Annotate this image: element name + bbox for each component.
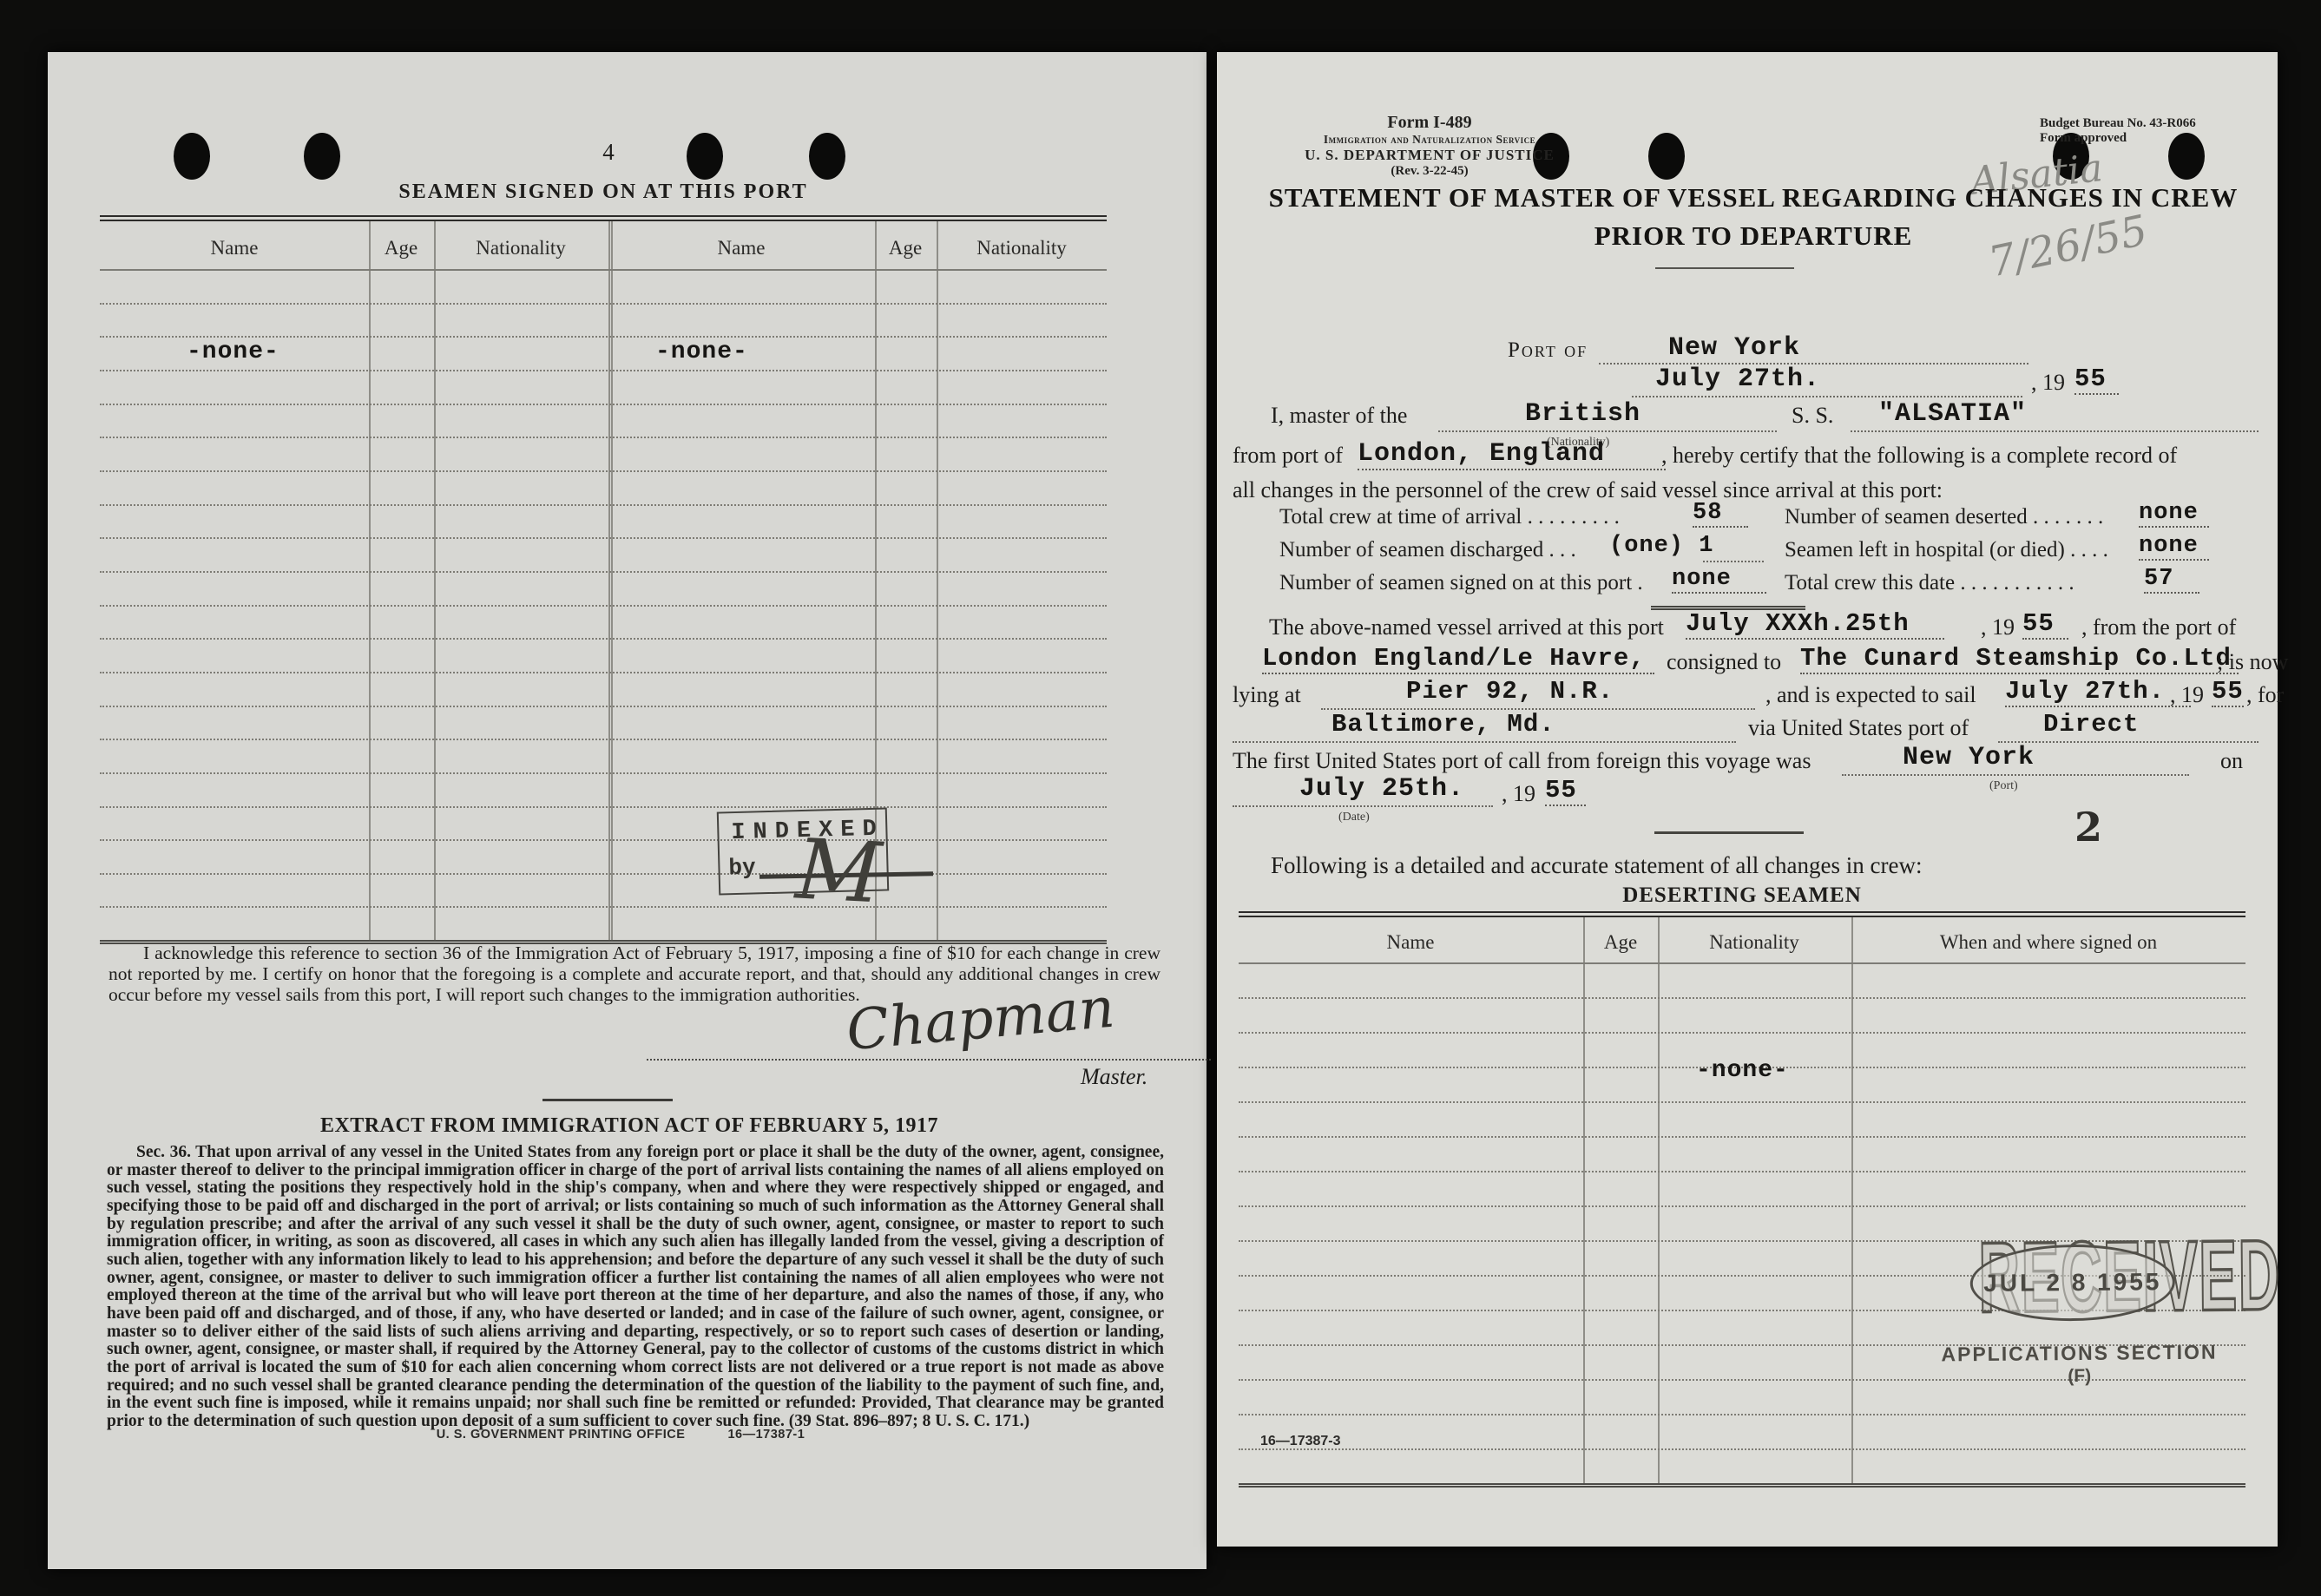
punch-hole bbox=[1648, 133, 1685, 180]
stat-label: Number of seamen deserted . . . . . . . bbox=[1785, 505, 2103, 529]
table-row bbox=[100, 673, 1107, 707]
stat-value: 57 bbox=[2144, 566, 2199, 594]
expected-sail-label: , and is expected to sail bbox=[1765, 682, 1976, 708]
date-year-value: 55 bbox=[2074, 365, 2119, 395]
table-row bbox=[100, 607, 1107, 640]
table-row bbox=[1239, 1450, 2245, 1483]
punch-hole bbox=[174, 133, 210, 180]
arrival-year-value: 55 bbox=[2022, 609, 2068, 640]
column-header-nationality: Nationality bbox=[1709, 931, 1798, 954]
table-row bbox=[100, 271, 1107, 305]
punch-hole bbox=[809, 133, 845, 180]
date-sublabel: (Date) bbox=[1338, 811, 1370, 824]
gpo-office-label: U. S. GOVERNMENT PRINTING OFFICE bbox=[437, 1428, 686, 1442]
seamen-signed-heading: SEAMEN SIGNED ON AT THIS PORT bbox=[100, 181, 1107, 204]
table-row bbox=[100, 707, 1107, 741]
page-number: 4 bbox=[591, 139, 626, 166]
revision-label: (Rev. 3-22-45) bbox=[1278, 164, 1581, 179]
indexed-initial-handwriting: M bbox=[793, 821, 884, 923]
column-header-nationality: Nationality bbox=[476, 237, 565, 259]
punch-hole bbox=[304, 133, 340, 180]
date-blank-line bbox=[1632, 396, 2022, 397]
vessel-name-value: "ALSATIA" bbox=[1878, 399, 2027, 429]
left-page: 4 SEAMEN SIGNED ON AT THIS PORT Name Age… bbox=[48, 52, 1207, 1569]
printed-19: , 19 bbox=[2170, 682, 2204, 708]
table-row bbox=[100, 908, 1107, 940]
signature-line bbox=[647, 1059, 1211, 1061]
table-row bbox=[100, 774, 1107, 808]
stat-value: none bbox=[2139, 533, 2209, 561]
table-row bbox=[1239, 1415, 2245, 1450]
stat-label: Total crew this date . . . . . . . . . .… bbox=[1785, 571, 2074, 595]
sail-date-value: July 27th. bbox=[2005, 677, 2191, 707]
received-stamp-section: APPLICATIONS SECTION bbox=[1918, 1340, 2239, 1366]
column-header-name: Name bbox=[211, 237, 259, 259]
arrival-from-port-value: London England/Le Havre, bbox=[1262, 644, 1654, 674]
received-stamp: RECEIVED JUL 2 8 1955 APPLICATIONS SECTI… bbox=[1935, 1219, 2223, 1383]
column-header-age: Age bbox=[1604, 931, 1637, 954]
consigned-to-label: consigned to bbox=[1667, 649, 1781, 675]
stat-underline bbox=[1703, 561, 1764, 562]
printed-19: , 19 bbox=[1502, 781, 1535, 807]
title-rule bbox=[1655, 267, 1794, 269]
table-row bbox=[100, 371, 1107, 405]
form-approved-label: Form approved bbox=[2040, 131, 2274, 146]
column-header-age: Age bbox=[385, 237, 418, 259]
scanned-document: 4 SEAMEN SIGNED ON AT THIS PORT Name Age… bbox=[0, 0, 2321, 1596]
form-number-label: Form I-489 bbox=[1278, 113, 1581, 133]
stat-label: Seamen left in hospital (or died) . . . … bbox=[1785, 538, 2108, 562]
department-label: U. S. DEPARTMENT OF JUSTICE bbox=[1278, 147, 1581, 164]
extract-title: EXTRACT FROM IMMIGRATION ACT OF FEBRUARY… bbox=[100, 1114, 1159, 1138]
port-of-label: Port of bbox=[1508, 338, 1588, 363]
gpo-footer: U. S. GOVERNMENT PRINTING OFFICE 16—1738… bbox=[378, 1428, 864, 1442]
nationality-blank-line bbox=[1438, 430, 1777, 432]
first-port-value: New York bbox=[1903, 743, 2035, 772]
table-row bbox=[100, 573, 1107, 607]
right-page: Form I-489 Immigration and Naturalizatio… bbox=[1217, 52, 2278, 1547]
handwritten-page-number: 2 bbox=[2074, 804, 2102, 851]
consignee-value: The Cunard Steamship Co.Ltd bbox=[1800, 644, 2239, 674]
table-row bbox=[100, 808, 1107, 842]
vessel-blank-line bbox=[1851, 430, 2259, 432]
divider-rule bbox=[1654, 831, 1804, 834]
first-date-blank-line bbox=[1233, 805, 1493, 807]
table-row bbox=[100, 841, 1107, 875]
stat-value: none bbox=[2139, 500, 2209, 528]
column-header-nationality: Nationality bbox=[976, 237, 1066, 259]
is-now-label: ; is now bbox=[2217, 649, 2288, 675]
form-title-line2: PRIOR TO DEPARTURE bbox=[1267, 220, 2239, 252]
arrival-line1-pre: The above-named vessel arrived at this p… bbox=[1269, 614, 1664, 640]
signature-role-label: Master. bbox=[1081, 1064, 1147, 1090]
column-header-name: Name bbox=[1387, 931, 1435, 954]
table-row bbox=[100, 438, 1107, 472]
table-row bbox=[1239, 1103, 2245, 1138]
via-value: Direct bbox=[2043, 710, 2139, 739]
table-row bbox=[100, 740, 1107, 774]
master-line-pre: I, master of the bbox=[1271, 403, 1407, 429]
from-port-value: London, England bbox=[1358, 439, 1666, 470]
from-port-pre: from port of bbox=[1233, 443, 1343, 469]
stat-label: Number of seamen discharged . . . bbox=[1279, 538, 1576, 562]
table-row bbox=[100, 472, 1107, 506]
column-header-signed-on: When and where signed on bbox=[1940, 931, 2157, 954]
form-title-line1: STATEMENT OF MASTER OF VESSEL REGARDING … bbox=[1267, 182, 2239, 213]
date-value: July 27th. bbox=[1655, 365, 1820, 394]
form-print-number: 16—17387-3 bbox=[1260, 1434, 1341, 1449]
arrival-line1-post: , from the port of bbox=[2081, 614, 2236, 640]
arrival-date-value: July XXXh.25th bbox=[1686, 609, 1944, 640]
stat-value: (one) 1 bbox=[1609, 533, 1713, 559]
stat-value: none bbox=[1672, 566, 1766, 594]
via-port-label: via United States port of bbox=[1748, 715, 1969, 741]
printed-19: , 19 bbox=[2031, 370, 2065, 396]
first-port-date-value: July 25th. bbox=[1299, 774, 1464, 804]
table-row bbox=[100, 875, 1107, 909]
port-value: New York bbox=[1668, 333, 1800, 363]
indexed-stamp-by: by bbox=[728, 854, 756, 881]
agency-label: Immigration and Naturalization Service bbox=[1278, 133, 1581, 147]
first-port-year-value: 55 bbox=[1545, 776, 1586, 806]
stat-value: 58 bbox=[1693, 500, 1748, 528]
from-port-post: , hereby certify that the following is a… bbox=[1661, 443, 2177, 469]
form-title: STATEMENT OF MASTER OF VESSEL REGARDING … bbox=[1267, 182, 2239, 252]
table-row bbox=[1239, 1172, 2245, 1207]
for-label: , for bbox=[2246, 682, 2284, 708]
destination-value: Baltimore, Md. bbox=[1331, 710, 1555, 739]
table-row bbox=[1239, 1138, 2245, 1172]
table-row bbox=[100, 506, 1107, 540]
destination-blank-line bbox=[1233, 741, 1736, 743]
ss-label: S. S. bbox=[1792, 403, 1833, 429]
table-row bbox=[100, 640, 1107, 673]
form-print-number: 16—17387-1 bbox=[727, 1428, 805, 1442]
divider-rule bbox=[542, 1099, 673, 1101]
form-identification-block: Form I-489 Immigration and Naturalizatio… bbox=[1278, 113, 1581, 179]
sail-year-value: 55 bbox=[2212, 677, 2244, 707]
table-rows bbox=[100, 271, 1107, 940]
lying-at-label: lying at bbox=[1233, 682, 1301, 708]
received-stamp-sub: (F) bbox=[1936, 1365, 2223, 1389]
budget-bureau-label: Budget Bureau No. 43-R066 bbox=[2040, 116, 2274, 131]
port-sublabel: (Port) bbox=[1989, 779, 2018, 793]
column-header-name: Name bbox=[718, 237, 766, 259]
first-port-blank-line bbox=[1842, 774, 2189, 776]
punch-hole bbox=[687, 133, 723, 180]
following-statement: Following is a detailed and accurate sta… bbox=[1271, 852, 1922, 879]
table-row bbox=[100, 539, 1107, 573]
typed-none-entry: -none- bbox=[1696, 1057, 1789, 1084]
via-blank-line bbox=[1998, 741, 2259, 743]
typed-none-entry: -none- bbox=[187, 338, 279, 365]
stat-label: Total crew at time of arrival . . . . . … bbox=[1279, 505, 1620, 529]
certify-continuation: all changes in the personnel of the crew… bbox=[1233, 477, 1943, 503]
pier-value: Pier 92, N.R. bbox=[1406, 677, 1614, 706]
section-36-text: Sec. 36. That upon arrival of any vessel… bbox=[107, 1144, 1164, 1431]
deserting-seamen-heading: DESERTING SEAMEN bbox=[1239, 883, 2245, 908]
table-row bbox=[100, 305, 1107, 338]
column-header-age: Age bbox=[889, 237, 922, 259]
printed-19: , 19 bbox=[1981, 614, 2015, 640]
table-row bbox=[1239, 999, 2245, 1034]
received-stamp-date: JUL 2 8 1955 bbox=[1983, 1268, 2161, 1297]
deserting-seamen-table: Name Age Nationality When and where sign… bbox=[1239, 911, 2245, 1488]
table-row bbox=[100, 405, 1107, 439]
table-row bbox=[1239, 964, 2245, 999]
seamen-signed-table: Name Age Nationality Name Age Nationalit… bbox=[100, 215, 1107, 944]
first-port-label: The first United States port of call fro… bbox=[1233, 748, 1811, 774]
budget-bureau-block: Budget Bureau No. 43-R066 Form approved bbox=[2040, 116, 2274, 146]
on-label: on bbox=[2220, 748, 2243, 774]
nationality-value: British bbox=[1525, 399, 1640, 429]
stat-label: Number of seamen signed on at this port … bbox=[1279, 571, 1643, 595]
typed-none-entry: -none- bbox=[655, 338, 748, 365]
